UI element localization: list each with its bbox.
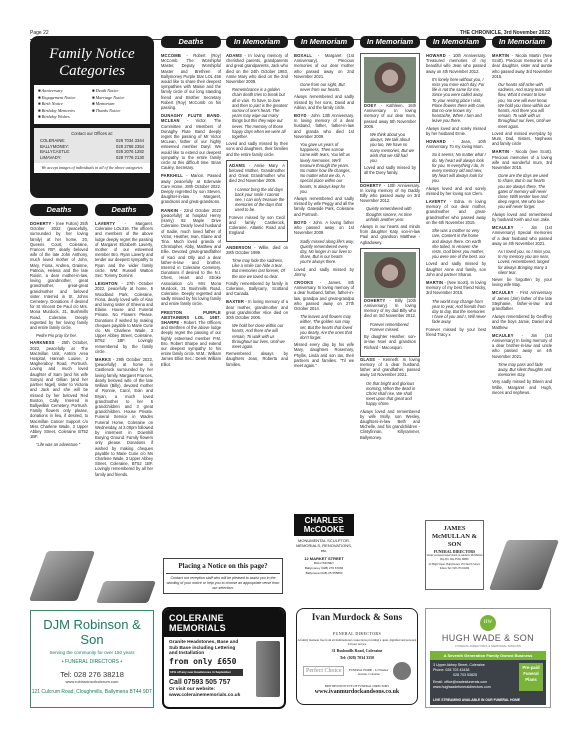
deaths-header: Deaths: [30, 204, 88, 216]
memoriam-header: In Memoriam: [426, 36, 486, 48]
djm-robinson-ad: DJM Robinson & Son Serving the community…: [30, 610, 154, 708]
ad-banner: A Seventh Generation Family Owned Busine…: [430, 651, 546, 660]
category-item: Thanks Notice: [92, 108, 146, 115]
portrait-photo: [364, 252, 416, 298]
notice: MCCOMB - Robert (Roy) McComb. The Worshi…: [161, 53, 221, 110]
notice: LAVERTY - Edna. In loving memory of our …: [426, 199, 486, 225]
deaths-column-3: Deaths MCCOMB - Robert (Roy) McComb. The…: [161, 36, 221, 370]
crest-icon: [393, 662, 411, 680]
notice-signoff: Always loved and remembered by wife Moll…: [360, 409, 420, 440]
category-item: Engagement Notice: [38, 95, 92, 102]
verse: I cannot bring the old days back your sm…: [229, 187, 285, 213]
verse: We think about you always, We talk about…: [364, 132, 416, 163]
ad-name: HUGH WADE & SON: [426, 633, 550, 643]
notice-signoff: Loved and sadly missed by their sons and…: [226, 141, 288, 157]
verse: Gone are the days we used to share, But …: [492, 173, 552, 209]
notice-signoff: Missed every day by his wife Mary, daugh…: [294, 342, 354, 368]
notice: DOHERTY - Billy (10th Anniversary). In l…: [364, 298, 416, 319]
wade-logo: HW: [480, 615, 496, 631]
ad-tagline: Serving the community for over 150 years: [31, 650, 153, 655]
coleraine-memorials-ad: COLERAINE MEMORIALS Granite Headstones, …: [162, 607, 286, 709]
notice-signoff: Always loved and sorely missed by her hu…: [426, 126, 486, 136]
placing-body: Contact our reception staff who will be …: [166, 573, 280, 591]
verse: Remembrance is a golden chain death trie…: [226, 87, 288, 139]
ad-address: 31 Bushmills Road, Coleraine: [297, 648, 417, 653]
notice-signoff: Always in our hearts and minds from daug…: [360, 224, 420, 245]
verse: Gone from our sight, But never from our …: [294, 82, 354, 92]
hugh-wade-ad: HW HUGH WADE & SON FUNERAL DIRECTORS & M…: [425, 608, 551, 708]
memoriam-column-4: In Memoriam ADAMS - In loving memory of …: [226, 36, 288, 370]
category-item: Birthday Memories: [38, 108, 92, 115]
category-item: Birthday Wishes: [38, 114, 92, 121]
office-phone: 028 7776 2130: [116, 155, 144, 160]
notice: LEIGHTON - 27th October 2022, peacefully…: [95, 281, 153, 354]
verse: Our hearts still ache with sadness, And …: [492, 82, 552, 129]
notice: MARTIN - (Nee Scott). In loving memory o…: [426, 280, 486, 296]
category-item: Anniversary: [38, 88, 92, 95]
photo-notice: DOHERTY - Billy (10th Anniversary). In l…: [360, 248, 420, 357]
verse: Time may hide the sadness, Like a smile …: [226, 258, 288, 279]
family-notice-categories: Family Notice Categories Anniversary Dea…: [30, 36, 154, 198]
verse: "Life was an adventure.": [30, 442, 88, 447]
verse: Time may pass and fade away, But silent …: [492, 362, 552, 378]
notice: BAXTER - In loving memory of a dear moth…: [226, 299, 288, 320]
ad-website: www.robinsonsofculcrum.com: [31, 679, 153, 684]
notice: MCAULEY - Jim (1st Anniversary) In lovin…: [492, 333, 552, 359]
ad-service: FUNERAL DIRECTORS: [297, 631, 417, 636]
office-name: LIMAVADY:: [40, 155, 62, 160]
category-item: Death Notice: [92, 88, 146, 95]
notice: MARKS - 29th October 2022, (peacefully) …: [95, 357, 153, 477]
ad-tagline: A family business free from all multinat…: [297, 638, 417, 646]
ad-name: CHARLES McCOOKE: [294, 514, 354, 536]
notice: MCAULEY - First Anniversary of James (Ji…: [492, 290, 552, 311]
ad-institute: BRITISH INSTITUTE OF FUNERAL DIRECTORS: [297, 684, 417, 688]
memoriam-header: In Memoriam: [360, 36, 420, 48]
category-item: Marriage Notice: [92, 95, 146, 102]
ad-website: www.ivanmurdockandsons.co.uk: [297, 689, 417, 695]
notice-signoff: Forever missed by your best friend Tracy…: [426, 327, 486, 337]
memoriam-header: In Memoriam: [226, 36, 288, 48]
memoriam-header: In Memoriam: [294, 36, 354, 48]
ad-services: MONUMENTAL SCULPTOR, MEMORIALS, RENOVATI…: [294, 538, 354, 554]
ad-name: COLERAINE MEMORIALS: [164, 609, 284, 637]
ad-name: DJM Robinson & Son: [31, 617, 153, 647]
verse: Forever remembered. Forever missed.: [364, 322, 416, 332]
charles-mccooke-ad: CHARLES McCOOKE MONUMENTAL SCULPTOR, MEM…: [294, 514, 354, 594]
notice: BOXALL - Margaret (1st Anniversary). Pre…: [294, 53, 354, 79]
contact-title: Contact our Offices at:: [40, 131, 144, 136]
categories-title: Family Notice Categories: [34, 46, 150, 80]
james-mcmullan-ad: JAMES McMULLAN & SON FUNERAL DIRECTORS U…: [425, 520, 484, 590]
ad-offer: 10% off any new Headstones in September: [169, 669, 243, 677]
notice-signoff: Loved and sadly missed by Jimmy.: [294, 267, 354, 277]
office-row: LIMAVADY:028 7776 2130: [40, 155, 144, 160]
placing-title: Placing a Notice on this page?: [164, 562, 282, 570]
bible-icon: [489, 540, 559, 590]
notice: DUNAGHY FLUTE BAND. MCLEAN - Victor. The…: [161, 113, 221, 170]
verse: The leaves and flowers may wither, The g…: [294, 314, 354, 340]
category-item: Memoriam: [92, 101, 146, 108]
notice: MARTIN - Nicola (nee Scott). Precious me…: [492, 149, 552, 170]
ad-description: Granite Headstones, Base and Sub Base in…: [169, 640, 241, 657]
notice: GLASS - Kenneth. In loving memory of a d…: [360, 357, 420, 378]
ad-phone: Tel: 028 276 38218: [31, 670, 153, 679]
memoriam-column-5: In Memoriam BOXALL - Margaret (1st Anniv…: [294, 36, 354, 371]
verse: You gave us years of happiness, Then sor…: [294, 142, 354, 194]
categories-list: Anniversary Death Notice Engagement Noti…: [34, 85, 150, 124]
notice-signoff: Loved and missed everyday by Mum, Dad, S…: [492, 131, 552, 147]
notice: ANDERSON - Willie, died on 29th October …: [226, 245, 288, 255]
notice: HOWARD - 10th Anniversary. Treasured mem…: [426, 53, 486, 74]
verse: Sadly missed along life's way, Quietly r…: [294, 239, 354, 265]
images-note: We accept images of individuals in all o…: [34, 163, 150, 173]
ad-name: Ivan Murdock & Sons: [297, 613, 417, 623]
verse: She was a mother so very rare, Content i…: [426, 228, 486, 259]
ad-supervision: Under personal supervision of Andrew McM…: [426, 554, 483, 561]
ad-phone: Ballymena (028) 25 655800: [294, 571, 354, 576]
deaths-column-2: Deaths LAVERTY - Margaret. Coleraine LOL…: [95, 204, 153, 480]
portrait-photo: [364, 57, 416, 103]
memoriam-header: In Memoriam: [492, 36, 552, 48]
verse: As I loved you, so I miss you, In my mem…: [492, 249, 552, 275]
ad-funeral-home: FUNERAL HOME - 2a Windsor Avenue, Colera…: [347, 668, 391, 676]
notice: MCAULEY - Jim (1st Anniversary) Special …: [492, 225, 552, 246]
notice-signoff: Always loved and and sorely missed by he…: [426, 186, 486, 196]
ad-service: • FUNERAL DIRECTORS •: [31, 659, 153, 665]
notice-signoff: Very sadly missed by Eileen and Willie, …: [492, 379, 552, 395]
notice-signoff: Never be forgotten by your loving wife M…: [492, 277, 552, 287]
notice-signoff: Forever missed by son Cecil and family C…: [229, 215, 285, 236]
notice-signoff: Always loved and remembered by husband K…: [492, 212, 552, 222]
verse: We hold her close within our hearts, And…: [226, 323, 288, 349]
notice: CROOKS - James. 8th Anniversary. In lovi…: [294, 280, 354, 311]
notice-signoff: Fondly remembered by family in Coleraine…: [226, 281, 288, 297]
notice: DOHERTY - 10th Anniversary. In loving me…: [360, 183, 420, 204]
notice: RANKIN - 22nd October 2022 (peacefully) …: [161, 208, 221, 307]
notice-signoff: Remembered always by daughters Jean, Rob…: [226, 351, 288, 367]
placing-notice-box: Placing a Notice on this page? Contact o…: [163, 558, 283, 594]
ivan-murdock-ad: Ivan Murdock & Sons FUNERAL DIRECTORS A …: [296, 608, 418, 705]
notice-signoff: Loved and sadly missed by daughter Anne …: [426, 261, 486, 277]
bible-icon: [96, 581, 156, 603]
photo-notice: DOEY - Kathleen. 16th Anniversary. In lo…: [360, 53, 420, 183]
verse: The world may change from year to year, …: [426, 299, 486, 325]
memoriam-column-6: In Memoriam DOEY - Kathleen. 16th Annive…: [360, 36, 420, 443]
category-item: Birth Notice: [38, 101, 92, 108]
notice: ADAMS - Annie Mary. A beloved Mother, Gr…: [229, 163, 285, 184]
memoriam-column-8: In Memoriam MARTIN - Nicola Martin (Nee …: [492, 36, 552, 398]
verse: So it seems; No matter what I do, My hea…: [426, 152, 486, 183]
headstone-image: [256, 641, 280, 697]
notice: ADAMS - In loving memory of cherished pa…: [226, 53, 288, 84]
verse: On that bright and glorious morning, Whe…: [360, 381, 420, 407]
notice: PRESTON PURPLE ABSTAINERS LOL 1987. SHAR…: [161, 310, 221, 367]
notice-signoff: Loved and sadly missed by all the Doey f…: [364, 165, 416, 175]
verse: Quietly remembered with thoughts sincere…: [360, 206, 420, 222]
notice: BOYD - John. 13th Anniversary. In loving…: [294, 113, 354, 139]
bible-icon: [29, 551, 95, 601]
contact-offices: Contact our Offices at: COLERAINE:028 70…: [34, 128, 150, 163]
notice: DOHERTY - (nee Fulton) 25th October 2022…: [30, 221, 88, 330]
notice: PARKHILL - Marion. Passed away peacefull…: [161, 173, 221, 204]
ad-address: 22 High Street, Ballymoney 18 Church Str…: [426, 563, 483, 570]
memoriam-column-7: In Memoriam HOWARD - 10th Anniversary. T…: [426, 36, 486, 340]
deaths-header: Deaths: [161, 36, 221, 48]
deaths-header: Deaths: [95, 204, 153, 216]
notice-signoff: Always remembered and sadly missed by wi…: [294, 196, 354, 217]
notice: DOEY - Kathleen. 16th Anniversary. In lo…: [364, 103, 416, 129]
notice: HOWARD - Jean, 10th Anniversary. To my l…: [426, 139, 486, 149]
notice: BOYD - John. A loving father who passed …: [294, 220, 354, 236]
notice: MARTIN - Nicola Martin (Nee Scott). Prec…: [492, 53, 552, 79]
verse: Pedre Pio pray for her.: [30, 333, 88, 338]
notice: LAVERTY - Margaret. Coleraine LOL316. Th…: [95, 221, 153, 278]
perfect-choice-logo: Perfect Choice: [303, 666, 344, 676]
notice-signoff: Always remembered and sadly missed by he…: [294, 94, 354, 110]
ad-address: 121 Culcrum Road, Cloughmills, Ballymena…: [31, 689, 153, 695]
ad-name: JAMES McMULLAN & SON: [426, 525, 483, 549]
deaths-column-1: Deaths DOHERTY - (nee Fulton) 25th Octob…: [30, 204, 88, 450]
notice-signoff: Always remembered by Geoffrey and the bo…: [492, 314, 552, 330]
verse: It's lonely here without you, I miss you…: [426, 77, 486, 124]
ad-streaming: LIVE STREAMING AVAILABLE IN OUR FUNERAL …: [433, 698, 520, 703]
prepaid-plans-badge: Pre-paid Funeral Plans: [519, 663, 543, 691]
boxed-notice: ADAMS - Annie Mary. A beloved Mother, Gr…: [226, 160, 288, 242]
notice: HARKNESS - 25th October, 2022, peacefull…: [30, 340, 88, 439]
ad-service: FUNERAL DIRECTORS & MEMORIAL MASONS: [426, 644, 550, 648]
notice-signoff: By daughter Heather, son-in-law Noel and…: [364, 334, 416, 350]
